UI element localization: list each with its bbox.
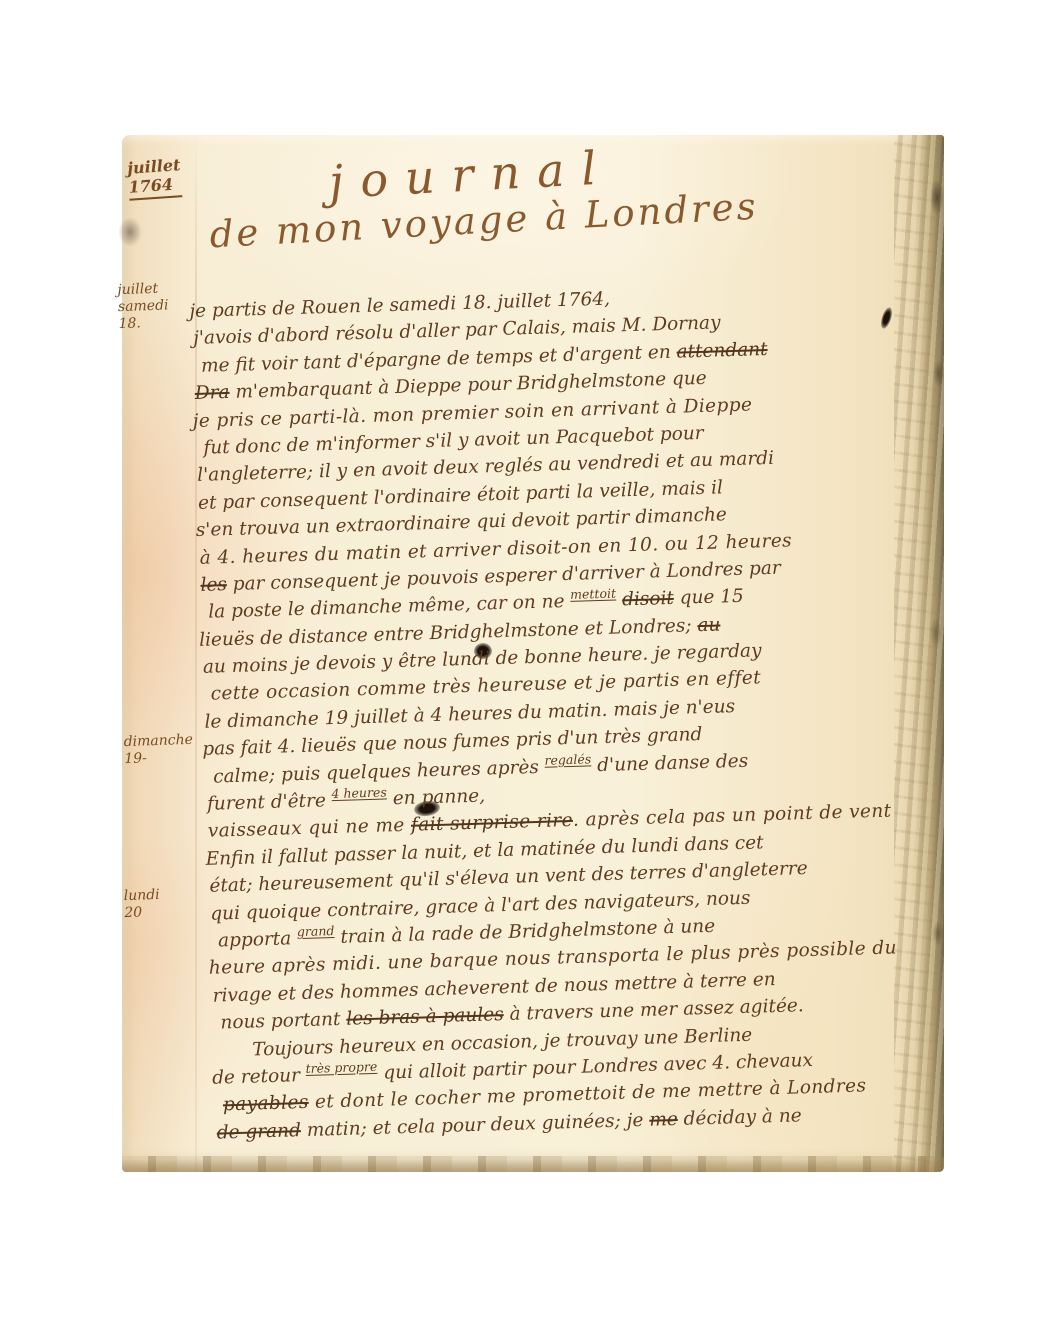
date-note-month: juillet: [127, 155, 181, 178]
line-text: en panne,: [387, 786, 486, 810]
line-text: d'une danse des: [591, 750, 748, 776]
struck-text: les: [200, 574, 227, 596]
line-text: furent d'être: [207, 790, 332, 815]
struck-text: attendant: [676, 339, 768, 363]
struck-text: fait surprise rire: [411, 810, 574, 836]
scan-background: juillet 1764 journal de mon voyage à Lon…: [0, 0, 1040, 1338]
margin-date-note: juillet 1764: [127, 155, 183, 201]
line-text: nous portant: [220, 1009, 346, 1034]
struck-text: les bras à paules: [346, 1004, 504, 1030]
line-text: de retour: [212, 1065, 306, 1089]
struck-text: payables: [223, 1092, 309, 1116]
inserted-text: grand: [297, 923, 335, 939]
line-text: vaisseaux qui ne me: [208, 815, 412, 842]
line-text: apporta: [218, 928, 298, 951]
inserted-text: mettoit: [570, 586, 616, 602]
ink-smudge: [118, 217, 142, 247]
margin-note-20-monday: lundi 20: [123, 886, 190, 922]
inserted-text: 4 heures: [331, 784, 387, 801]
inserted-text: regalés: [544, 751, 591, 767]
manuscript-body: je partis de Rouen le samedi 18. juillet…: [192, 276, 953, 1147]
inserted-text: très propre: [305, 1059, 377, 1076]
struck-text: au: [697, 614, 721, 636]
struck-text: Dra: [195, 382, 230, 404]
line-text: à travers une mer assez agitée.: [503, 995, 804, 1025]
line-text: déciday à ne: [677, 1105, 802, 1130]
manuscript-page: juillet 1764 journal de mon voyage à Lon…: [122, 135, 944, 1172]
bottom-paper-edge: [122, 1156, 944, 1172]
margin-note-19-sunday: dimanche 19-: [123, 732, 190, 768]
struck-text: disoit: [622, 588, 674, 611]
journal-title: journal de mon voyage à Londres: [206, 135, 760, 258]
date-note-year: 1764: [128, 174, 182, 197]
fold-crease: [195, 135, 197, 1172]
margin-note-18-july: juillet samedi 18.: [117, 280, 185, 333]
struck-text: de grand: [216, 1120, 301, 1143]
struck-text: me: [649, 1109, 678, 1131]
line-text: que 15: [674, 586, 745, 609]
